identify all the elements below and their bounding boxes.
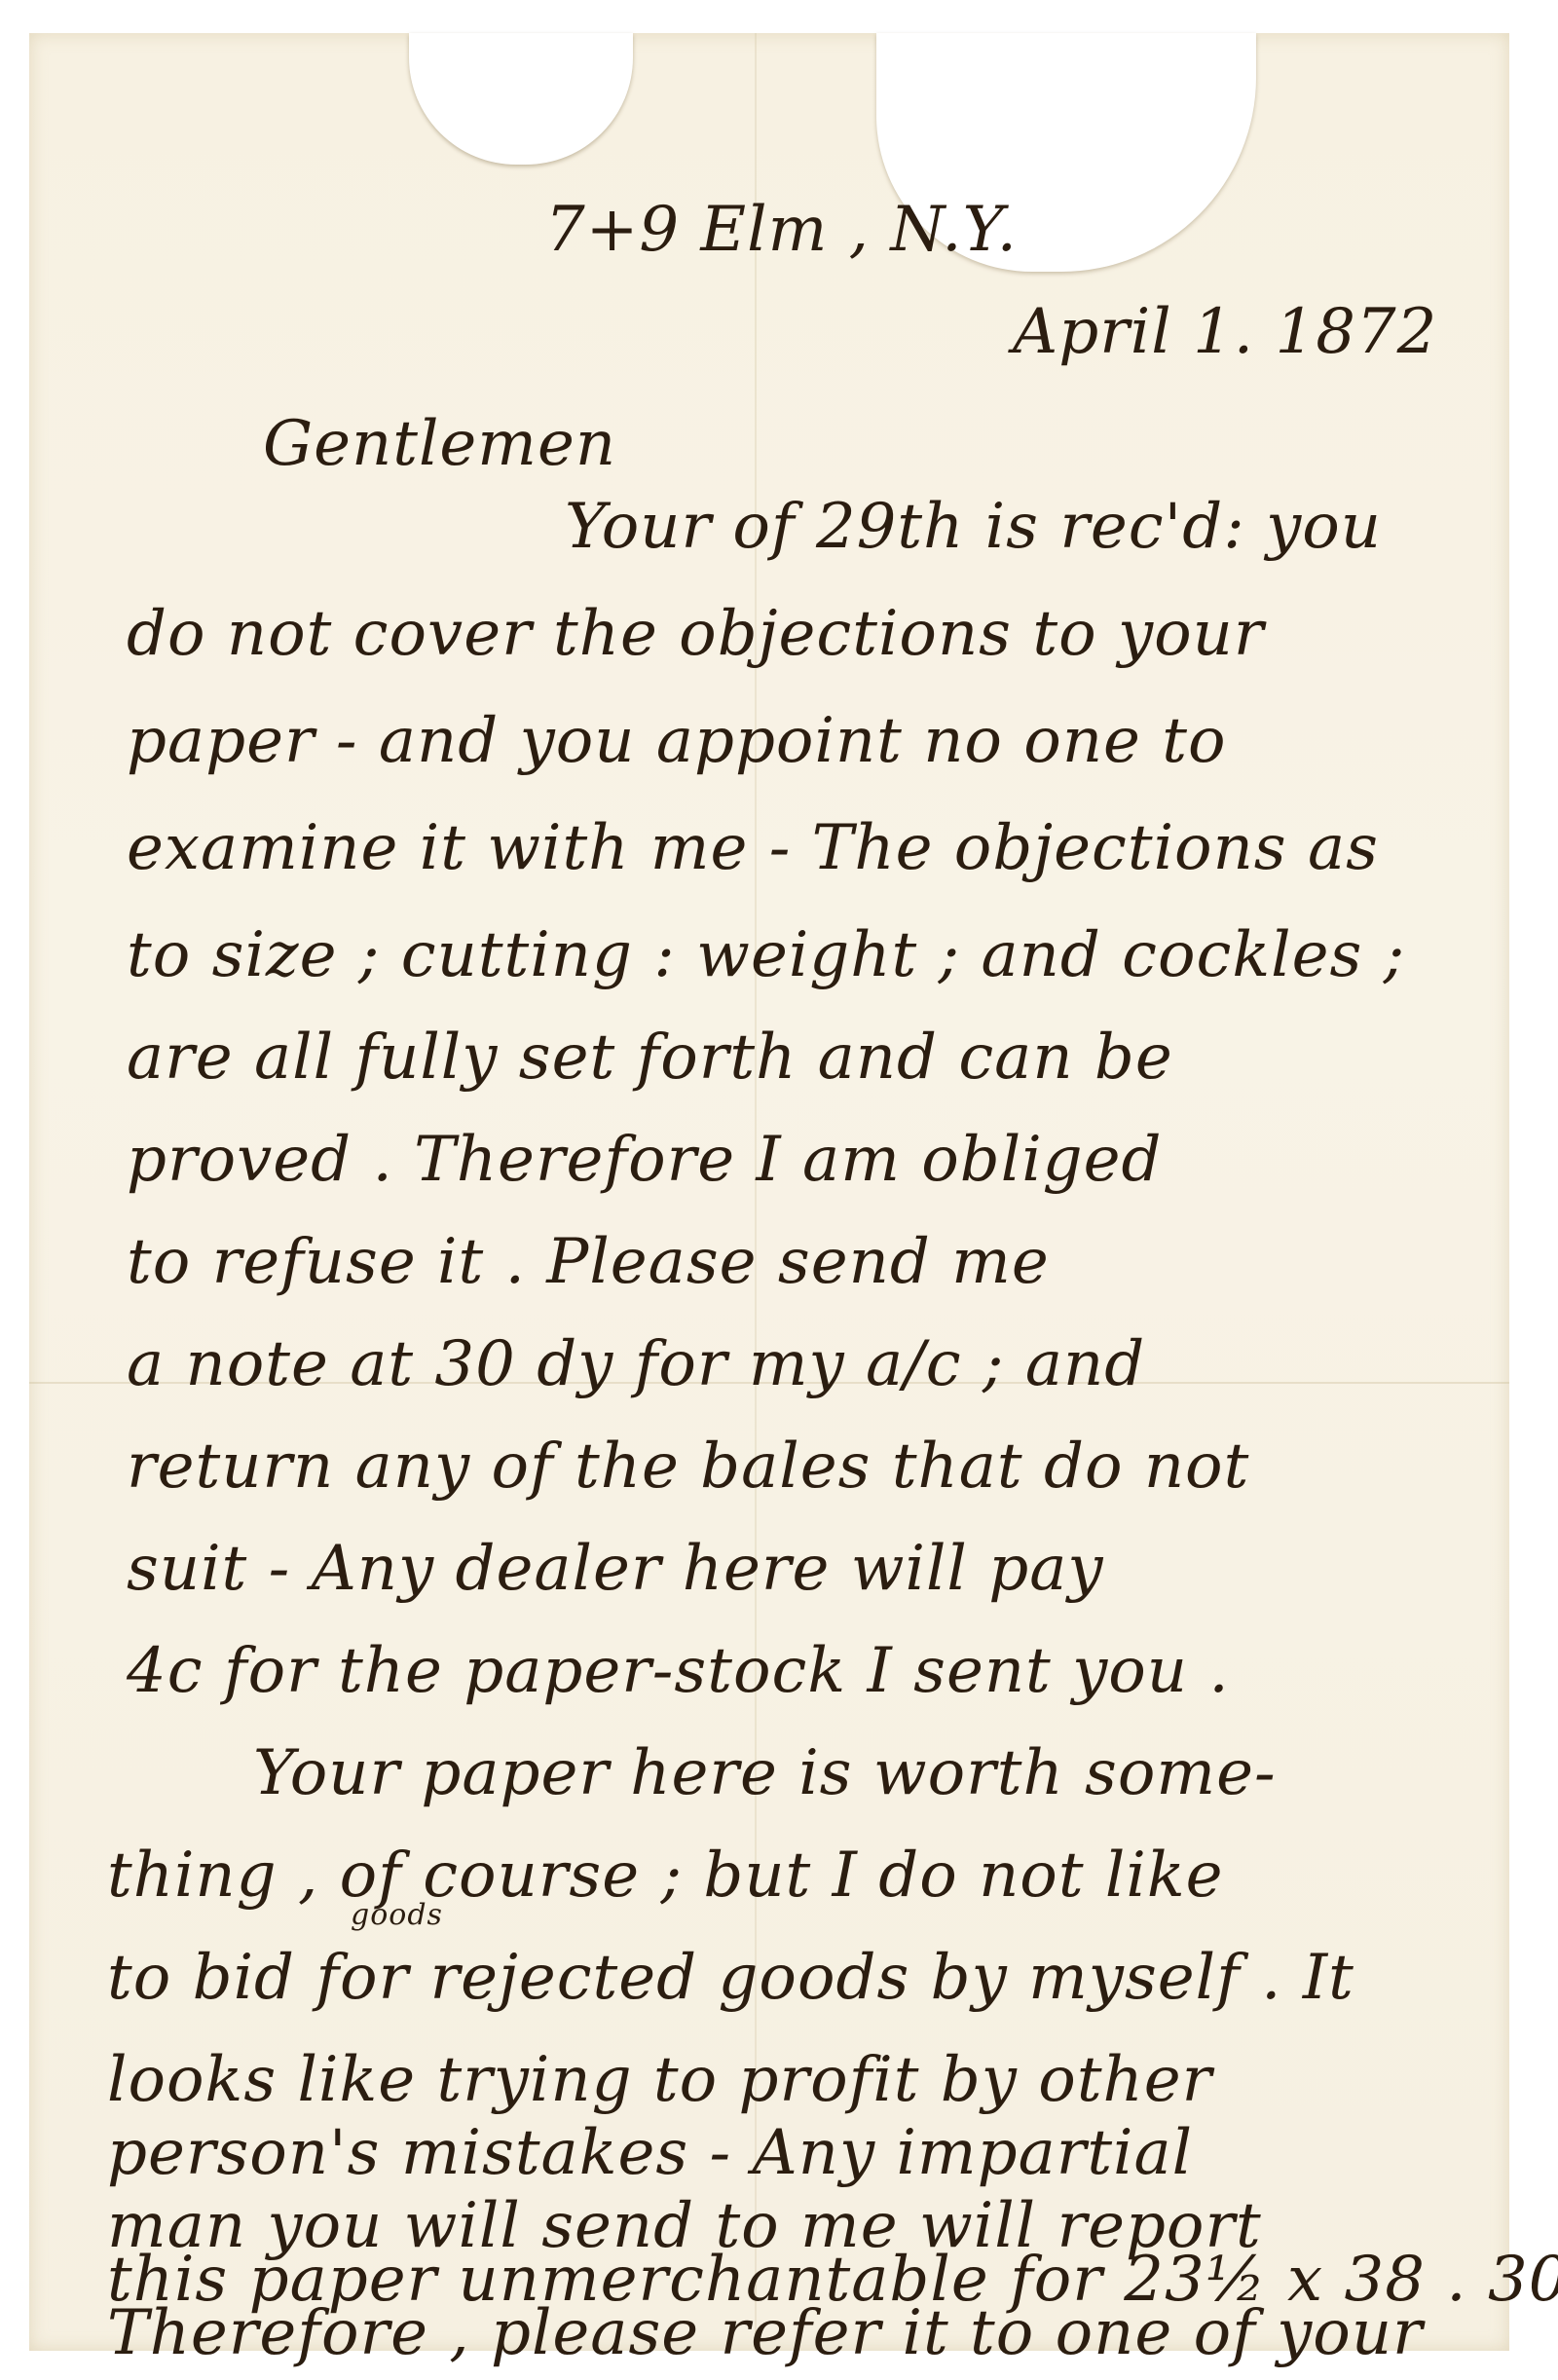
- letter-line: to size ; cutting : weight ; and cockles…: [127, 919, 1405, 991]
- letter-line: Your paper here is worth some-: [253, 1737, 1277, 1809]
- insertion-text: goods: [351, 1898, 443, 1932]
- letter-line: thing , of course ; but I do not like: [107, 1840, 1223, 1912]
- letter-page: 7+9 Elm , N.Y. April 1. 1872 Gentlemen Y…: [29, 33, 1509, 2351]
- address-line: 7+9 Elm , N.Y.: [545, 194, 1018, 266]
- date-line: April 1. 1872: [1013, 296, 1437, 368]
- letter-line: are all fully set forth and can be: [127, 1022, 1173, 1094]
- letter-line: examine it with me - The objections as: [127, 812, 1379, 884]
- letter-line: paper - and you appoint no one to: [127, 705, 1227, 777]
- letter-line: return any of the bales that do not: [127, 1431, 1249, 1503]
- letter-line: suit - Any dealer here will pay: [127, 1533, 1104, 1605]
- letter-line: 4c for the paper-stock I sent you .: [127, 1635, 1230, 1707]
- letter-line: Therefore , please refer it to one of yo…: [107, 2297, 1424, 2369]
- letter-line: proved . Therefore I am obliged: [127, 1124, 1162, 1196]
- letter-line: do not cover the objections to your: [127, 598, 1264, 670]
- salutation: Gentlemen: [263, 408, 616, 480]
- letter-line: looks like trying to profit by other: [107, 2044, 1212, 2116]
- letter-line: to refuse it . Please send me: [127, 1226, 1050, 1298]
- letter-line: a note at 30 dy for my a/c ; and: [127, 1328, 1145, 1400]
- letter-line: Your of 29th is rec'd: you: [565, 491, 1382, 563]
- letter-line: to bid for rejected goods by myself . It: [107, 1942, 1354, 2014]
- letter-line: person's mistakes - Any impartial: [107, 2117, 1193, 2189]
- torn-edge: [409, 33, 633, 165]
